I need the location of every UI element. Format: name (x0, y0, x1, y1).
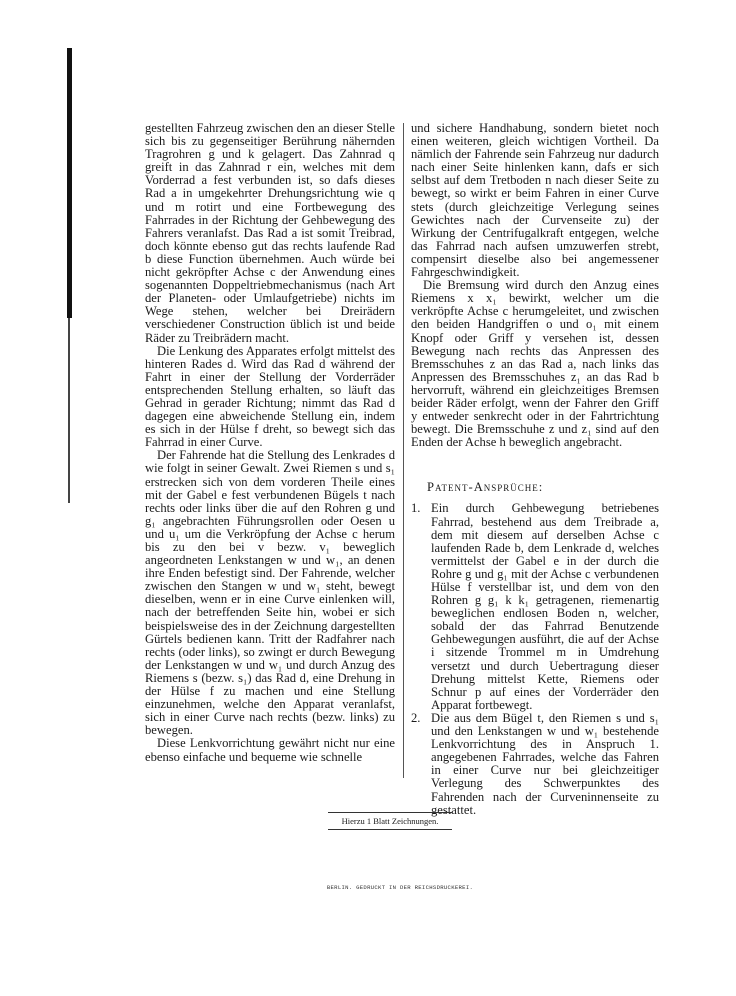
claim-text: Ein durch Gehbewegung betriebenes Fahrra… (431, 502, 659, 712)
column-divider (403, 123, 404, 778)
claim-item: 2. Die aus dem Bügel t, den Riemen s und… (411, 712, 659, 817)
drawings-note: Hierzu 1 Blatt Zeichnungen. (328, 812, 452, 830)
printer-imprint: BERLIN. GEDRUCKT IN DER REICHSDRUCKEREI. (300, 884, 500, 891)
claim-item: 1. Ein durch Gehbewegung betriebenes Fah… (411, 502, 659, 712)
paragraph: Der Fahrende hat die Stellung des Lenkra… (145, 449, 395, 737)
claim-number: 1. (411, 502, 431, 712)
paragraph: und sichere Handhabung, sondern bietet n… (411, 122, 659, 279)
claim-text: Die aus dem Bügel t, den Riemen s und s₁… (431, 712, 659, 817)
paragraph: Die Lenkung des Apparates erfolgt mittel… (145, 345, 395, 450)
right-column: und sichere Handhabung, sondern bietet n… (411, 122, 659, 817)
claim-number: 2. (411, 712, 431, 817)
scan-edge-bar (67, 48, 72, 318)
paragraph: Diese Lenkvorrichtung gewährt nicht nur … (145, 737, 395, 763)
claims-heading: Patent-Ansprüche: (427, 481, 659, 494)
paragraph: Die Bremsung wird durch den Anzug eines … (411, 279, 659, 449)
paragraph: gestellten Fahrzeug zwischen den an dies… (145, 122, 395, 345)
left-column: gestellten Fahrzeug zwischen den an dies… (145, 122, 395, 764)
scan-edge-line (68, 318, 70, 503)
